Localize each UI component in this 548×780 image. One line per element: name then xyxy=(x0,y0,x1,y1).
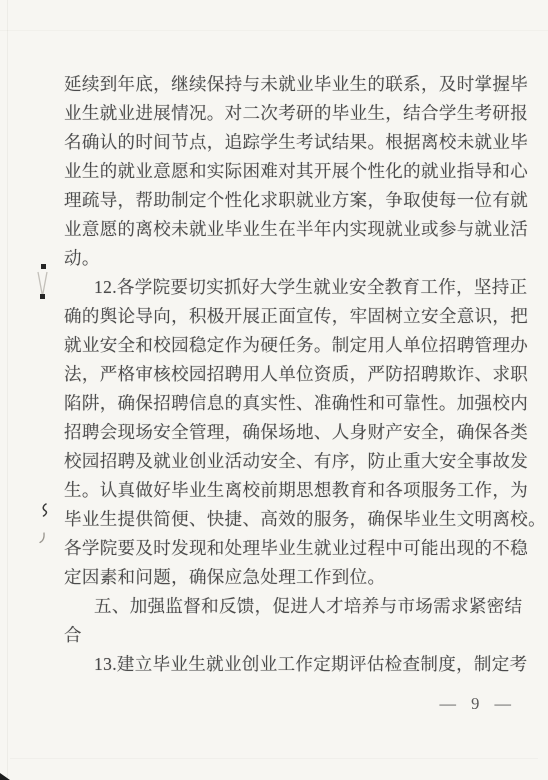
text-line: 动。 xyxy=(64,244,536,273)
margin-square-mark-bottom xyxy=(40,294,45,299)
text-line: 名确认的时间节点，追踪学生考试结果。根据离校未就业毕 xyxy=(64,128,536,157)
text-line: 13.建立毕业生就业创业工作定期评估检查制度，制定考 xyxy=(64,650,536,679)
paper-edge-bottom xyxy=(10,758,538,759)
margin-check-mark xyxy=(38,272,47,296)
text-line: 五、加强监督和反馈，促进人才培养与市场需求紧密结 xyxy=(64,592,536,621)
margin-square-mark-top xyxy=(41,264,46,269)
margin-squiggle-mark xyxy=(43,504,46,516)
text-line: 毕业生提供简便、快捷、高效的服务，确保毕业生文明离校。 xyxy=(64,505,536,534)
text-line: 理疏导，帮助制定个性化求职就业方案，争取使每一位有就 xyxy=(64,186,536,215)
text-line: 招聘会现场安全管理，确保场地、人身财产安全，确保各类 xyxy=(64,418,536,447)
text-line: 生。认真做好毕业生离校前期思想教育和各项服务工作，为 xyxy=(64,476,536,505)
paper-edge-left xyxy=(7,0,8,780)
text-line: 延续到年底，继续保持与未就业毕业生的联系，及时掌握毕 xyxy=(64,70,536,99)
document-page: 延续到年底，继续保持与未就业毕业生的联系，及时掌握毕业生就业进展情况。对二次考研… xyxy=(0,0,548,780)
text-line: 法，严格审核校园招聘用人单位资质，严防招聘欺诈、求职 xyxy=(64,360,536,389)
page-number: — 9 — xyxy=(440,694,513,714)
scan-corner-mark xyxy=(0,773,10,780)
text-line: 业意愿的离校未就业毕业生在半年内实现就业或参与就业活 xyxy=(64,215,536,244)
margin-comma-mark xyxy=(40,533,44,543)
text-line: 各学院要及时发现和处理毕业生就业过程中可能出现的不稳 xyxy=(64,534,536,563)
text-line: 业生就业进展情况。对二次考研的毕业生，结合学生考研报 xyxy=(64,99,536,128)
text-block: 延续到年底，继续保持与未就业毕业生的联系，及时掌握毕业生就业进展情况。对二次考研… xyxy=(64,70,536,679)
text-line: 12.各学院要切实抓好大学生就业安全教育工作，坚持正 xyxy=(64,273,536,302)
text-line: 业生的就业意愿和实际困难对其开展个性化的就业指导和心 xyxy=(64,157,536,186)
text-line: 校园招聘及就业创业活动安全、有序，防止重大安全事故发 xyxy=(64,447,536,476)
text-line: 确的舆论导向，积极开展正面宣传，牢固树立安全意识，把 xyxy=(64,302,536,331)
text-line: 合 xyxy=(64,621,536,650)
text-line: 就业安全和校园稳定作为硬任务。制定用人单位招聘管理办 xyxy=(64,331,536,360)
text-line: 陷阱，确保招聘信息的真实性、准确性和可靠性。加强校内 xyxy=(64,389,536,418)
paper-edge-top xyxy=(0,30,548,31)
text-line: 定因素和问题，确保应急处理工作到位。 xyxy=(64,563,536,592)
